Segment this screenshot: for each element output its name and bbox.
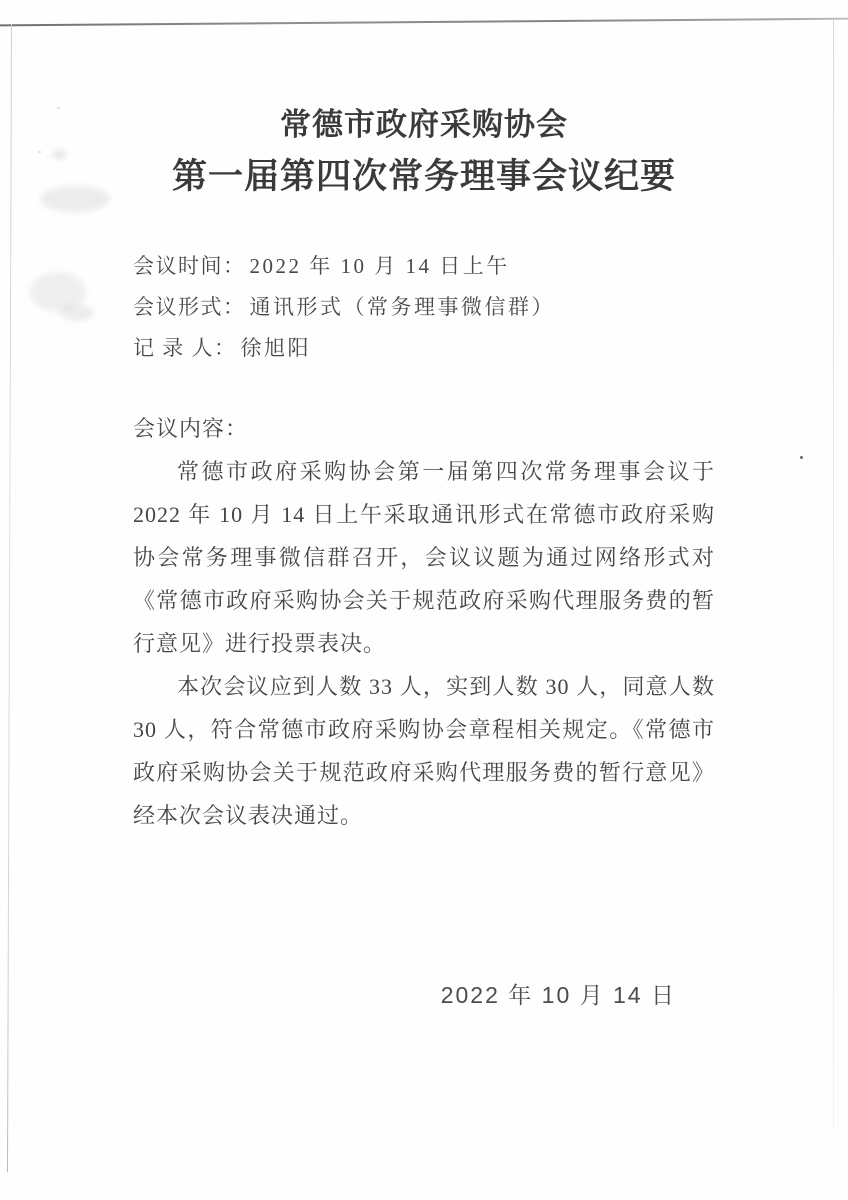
paragraph-meeting-overview: 常德市政府采购协会第一届第四次常务理事会议于 2022 年 10 月 14 日上… — [133, 450, 715, 665]
scan-speck — [800, 456, 803, 459]
section-heading: 会议内容： — [133, 407, 715, 450]
scanned-page: 常德市政府采购协会 第一届第四次常务理事会议纪要 会议时间：2022 年 10 … — [0, 0, 848, 1200]
scan-speck — [57, 107, 60, 109]
meta-label: 会议形式： — [133, 295, 246, 319]
meta-label: 记 录 人： — [133, 336, 237, 360]
paragraph-vote-result: 本次会议应到人数 33 人，实到人数 30 人，同意人数 30 人，符合常德市政… — [133, 665, 715, 837]
scan-edge-right — [833, 20, 834, 1130]
scan-smudge — [52, 150, 66, 159]
meta-meeting-format: 会议形式：通讯形式（常务理事微信群） — [133, 287, 715, 328]
meta-value: 通讯形式（常务理事微信群） — [250, 295, 556, 319]
scan-edge-top — [0, 18, 848, 27]
document-title: 常德市政府采购协会 第一届第四次常务理事会议纪要 — [133, 100, 715, 203]
meeting-content: 会议内容： 常德市政府采购协会第一届第四次常务理事会议于 2022 年 10 月… — [133, 407, 715, 837]
scan-speck — [38, 151, 41, 153]
meta-label: 会议时间： — [133, 254, 246, 278]
scan-smudge — [60, 305, 94, 321]
meta-value: 徐旭阳 — [241, 336, 312, 360]
title-org-name: 常德市政府采购协会 — [133, 100, 715, 149]
meeting-meta: 会议时间：2022 年 10 月 14 日上午 会议形式：通讯形式（常务理事微信… — [133, 246, 715, 369]
meta-value: 2022 年 10 月 14 日上午 — [250, 254, 510, 278]
title-meeting-name: 第一届第四次常务理事会议纪要 — [133, 151, 715, 203]
scan-edge-left — [7, 24, 12, 1172]
signature-date: 2022 年 10 月 14 日 — [441, 977, 676, 1010]
meta-meeting-time: 会议时间：2022 年 10 月 14 日上午 — [133, 246, 715, 287]
scan-smudge — [40, 186, 110, 212]
meta-recorder: 记 录 人：徐旭阳 — [133, 328, 715, 369]
